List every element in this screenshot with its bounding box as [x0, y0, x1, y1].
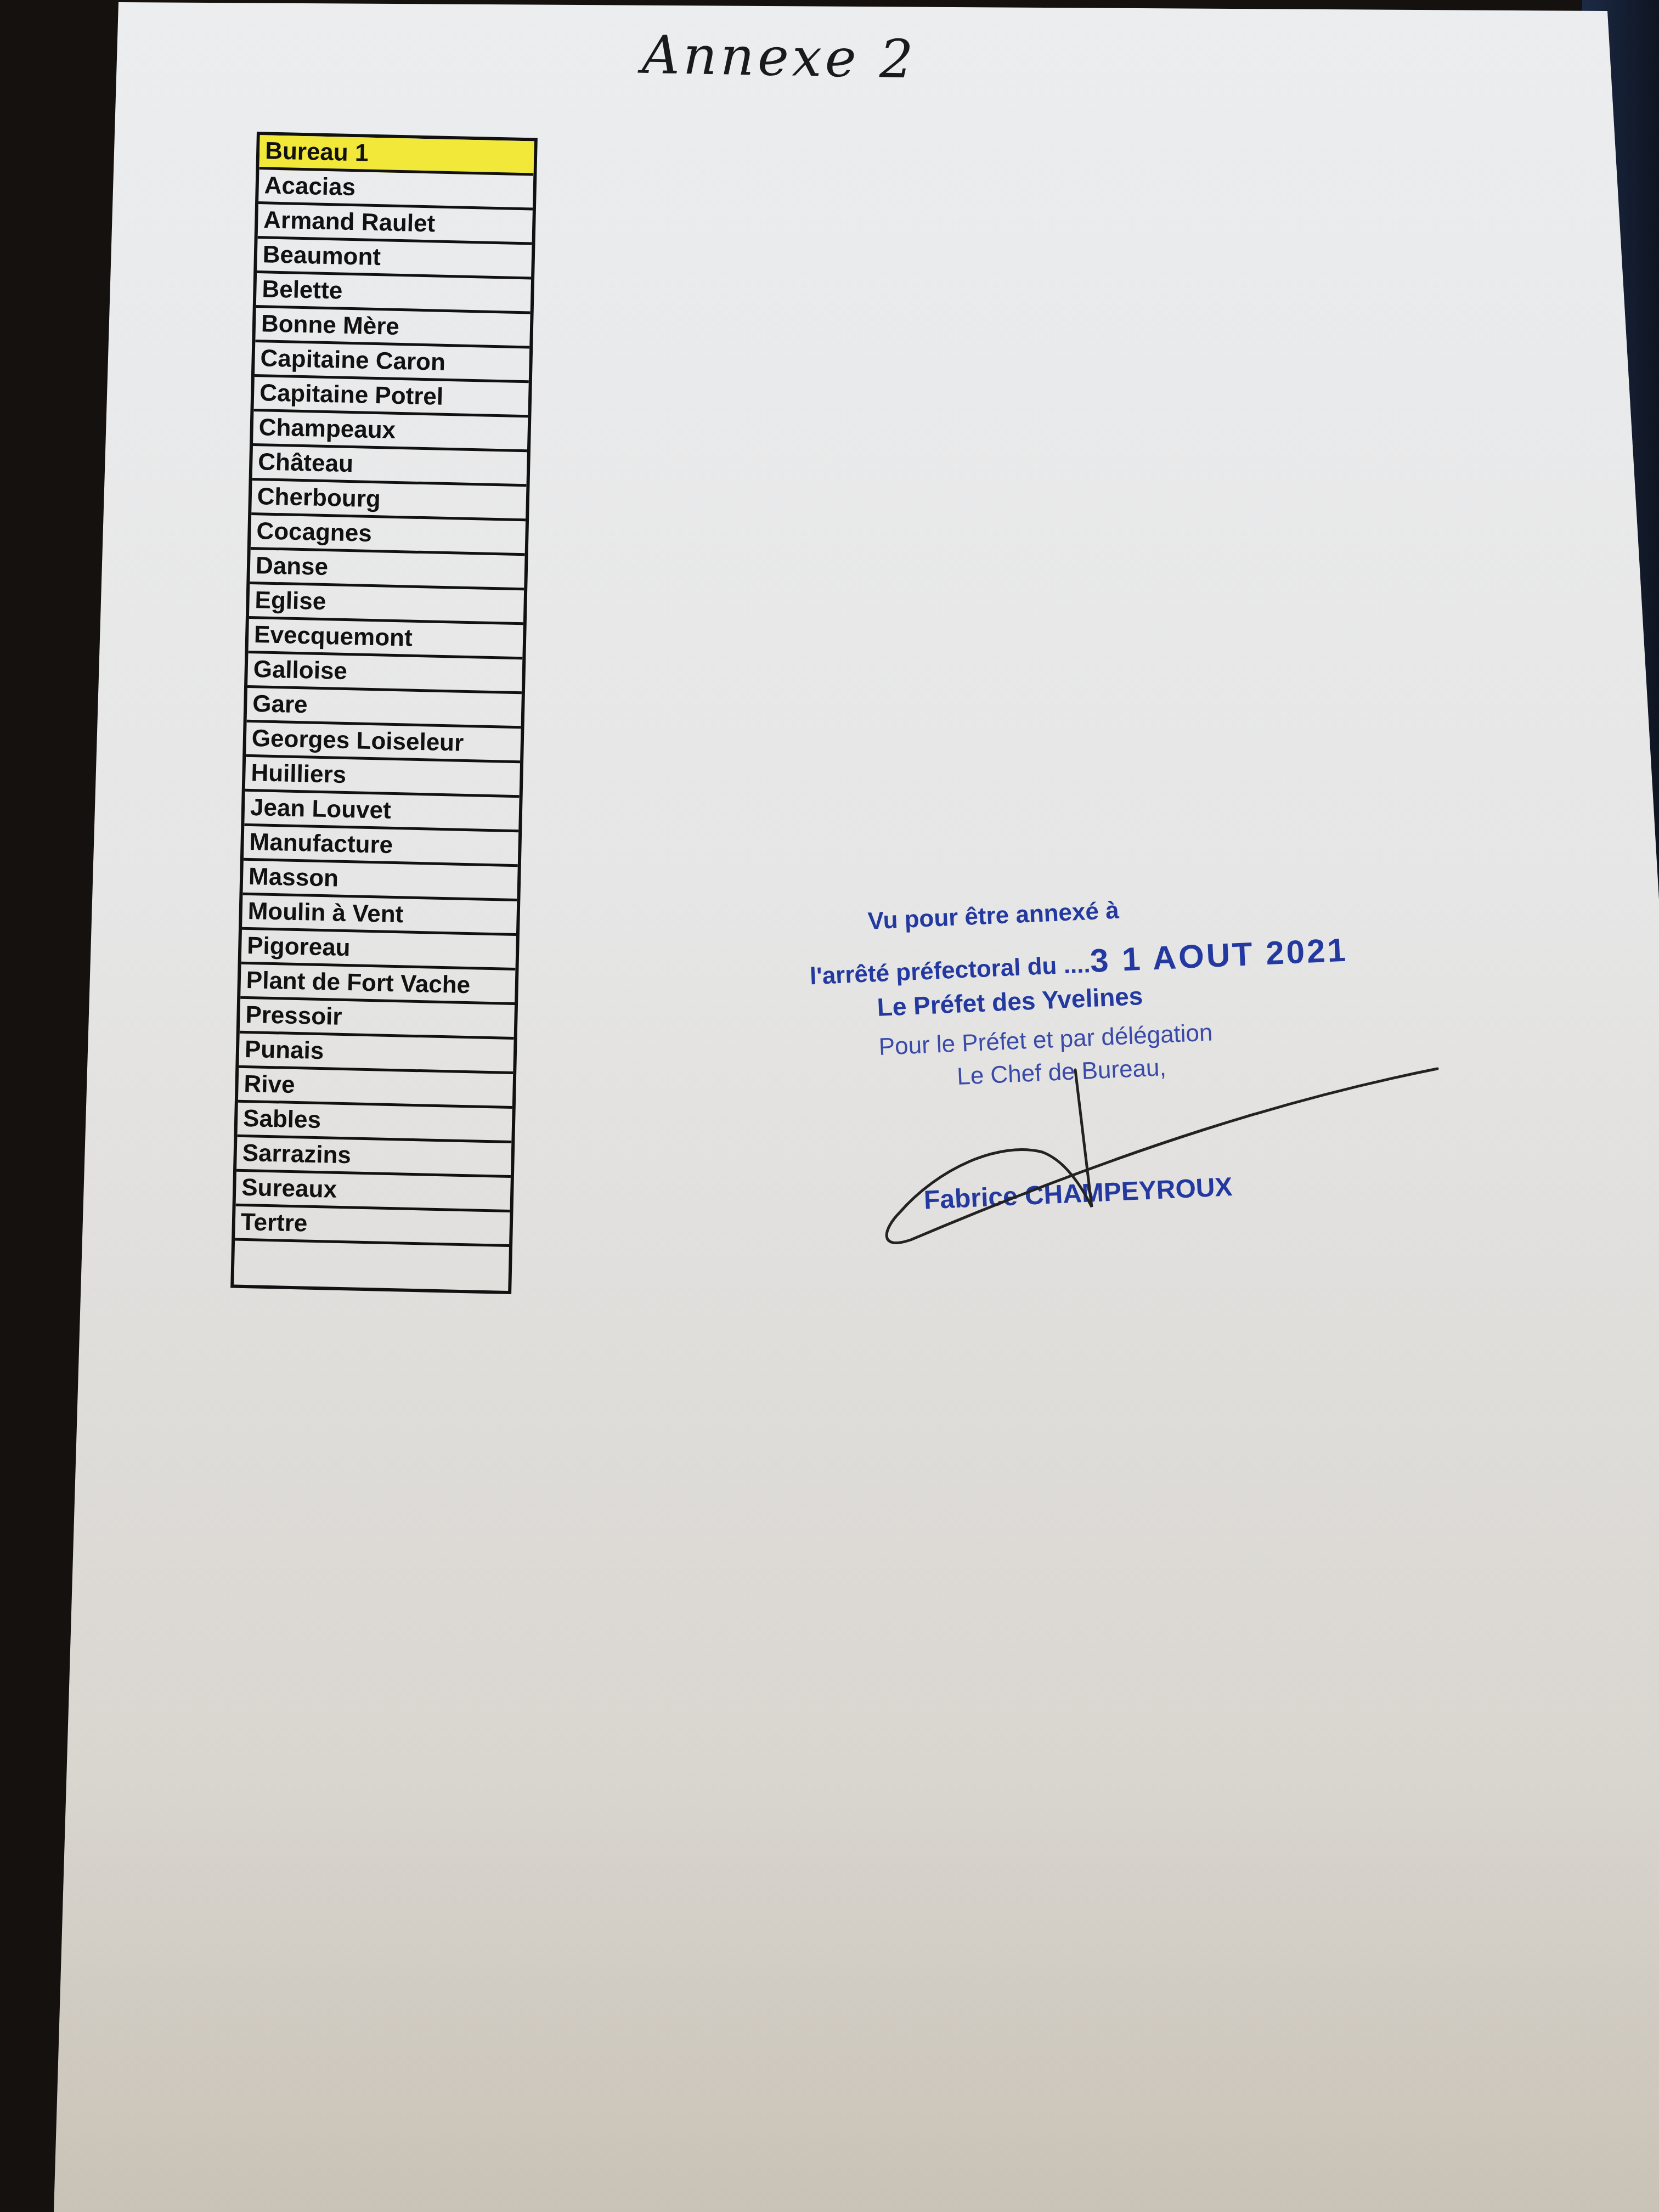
table-row: Sables [237, 1103, 512, 1143]
stamp-date: 3 1 AOUT 2021 [1090, 932, 1348, 979]
table-row: Cherbourg [251, 481, 526, 521]
table-header: Bureau 1 [259, 135, 534, 176]
table-row: Capitaine Caron [255, 342, 529, 383]
table-row: Tertre [235, 1206, 510, 1247]
table-row: Bonne Mère [255, 308, 530, 348]
stamp-line-annexed: Vu pour être annexé à [867, 897, 1120, 935]
bureau-streets-table: Bureau 1 AcaciasArmand RauletBeaumontBel… [230, 132, 538, 1294]
table-row: Champeaux [253, 411, 528, 452]
handwritten-signature [856, 1064, 1459, 1245]
table-row: Cocagnes [251, 515, 526, 556]
stamp-arrete-label: l'arrêté préfectoral du .... [809, 951, 1091, 990]
table-row: Belette [256, 273, 531, 314]
table-row: Beaumont [257, 239, 532, 279]
table-row: Armand Raulet [258, 204, 533, 245]
table-row: Danse [250, 550, 524, 590]
table-row: Gare [247, 688, 522, 729]
table-row: Jean Louvet [244, 792, 519, 832]
table-row: Masson [242, 861, 517, 901]
table-row: Sureaux [236, 1172, 511, 1212]
table-row: Château [252, 446, 527, 487]
table-row: Pressoir [240, 999, 515, 1040]
table-row: Georges Loiseleur [246, 723, 521, 763]
handwritten-title: Annexe 2 [641, 24, 917, 91]
stamp-line-arrete: l'arrêté préfectoral du ....3 1 AOUT 202… [809, 931, 1348, 992]
table-row: Manufacture [244, 826, 518, 867]
table-row: Galloise [247, 653, 522, 694]
table-row: Rive [238, 1068, 513, 1109]
table-row: Moulin à Vent [242, 895, 517, 936]
table-row: Pigoreau [241, 930, 516, 970]
table-row: Evecquemont [248, 619, 523, 659]
table-row [234, 1241, 509, 1291]
table-row: Acacias [258, 170, 533, 210]
table-row: Sarrazins [236, 1137, 511, 1178]
table-row: Eglise [249, 584, 524, 625]
table-row: Capitaine Potrel [253, 377, 528, 417]
table-row: Plant de Fort Vache [240, 964, 515, 1005]
table-row: Huilliers [245, 757, 520, 798]
table-row: Punais [239, 1034, 513, 1074]
